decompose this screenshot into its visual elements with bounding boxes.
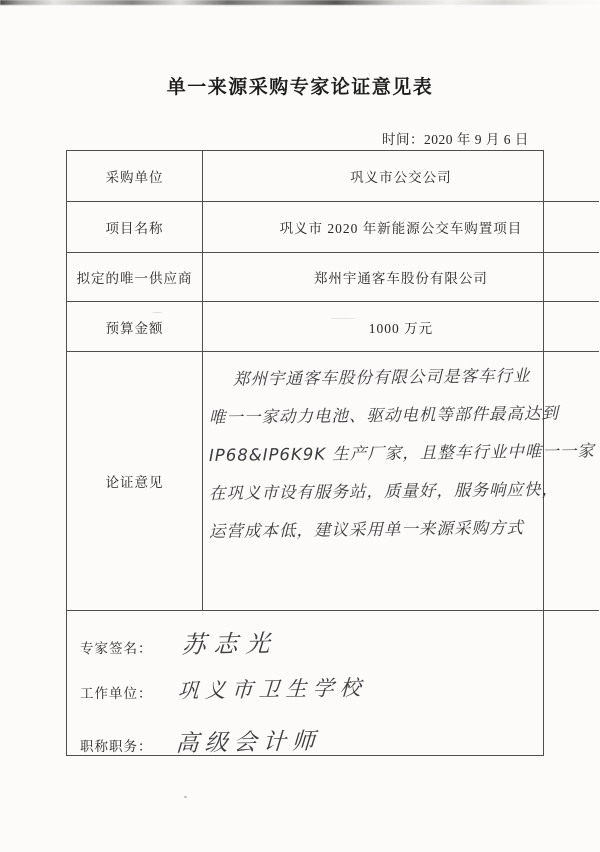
scan-speck <box>184 796 187 798</box>
row-value-project-name: 巩义市 2020 年新能源公交车购置项目 <box>202 201 599 252</box>
scan-speck <box>152 312 162 313</box>
scan-speck <box>330 318 356 319</box>
expert-signature-handwriting: 苏志光 <box>181 623 279 660</box>
row-label-sole-supplier: 拟定的唯一供应商 <box>67 252 202 301</box>
opinion-form-table: 采购单位 巩义市公交公司 项目名称 巩义市 2020 年新能源公交车购置项目 拟… <box>66 150 544 756</box>
expert-signature-label: 专家签名： <box>80 637 153 657</box>
work-unit-handwriting: 巩义市卫生学校 <box>177 672 368 705</box>
row-value-expert-opinion: 郑州宇通客车股份有限公司是客车行业 唯一一家动力电池、驱动电机等部件最高达到 I… <box>202 351 599 610</box>
job-title-handwriting: 高级会计师 <box>175 722 322 758</box>
job-title-label: 职称职务： <box>80 735 153 755</box>
row-label-purchasing-unit: 采购单位 <box>67 151 202 201</box>
expert-signature-row: 专家签名： 苏志光 <box>80 625 277 660</box>
row-value-sole-supplier: 郑州宇通客车股份有限公司 <box>202 252 599 301</box>
opinion-handwriting-line: 运营成本低，建议采用单一来源采购方式 <box>209 508 595 551</box>
row-label-expert-opinion: 论证意见 <box>67 351 202 610</box>
signature-block: 专家签名： 苏志光 工作单位： 巩义市卫生学校 职称职务： 高级会计师 <box>67 610 599 755</box>
opinion-handwriting-line: 在巩义市设有服务站，质量好，服务响应快， <box>209 470 595 513</box>
page-title: 单一来源采购专家论证意见表 <box>0 72 600 99</box>
time-line: 时间：2020 年 9 月 6 日 <box>382 128 529 148</box>
opinion-handwriting-line: 唯一一家动力电池、驱动电机等部件最高达到 <box>209 394 595 437</box>
work-unit-row: 工作单位： 巩义市卫生学校 <box>80 675 366 705</box>
opinion-handwriting-line: IP68&IP6K9K 生产厂家，且整车行业中唯一一家 <box>209 432 595 475</box>
row-value-budget-amount: 1000 万元 <box>202 301 599 351</box>
row-label-budget-amount: 预算金额 <box>67 301 202 351</box>
scan-edge-artifact <box>0 0 600 5</box>
job-title-row: 职称职务： 高级会计师 <box>80 725 320 758</box>
row-label-project-name: 项目名称 <box>67 201 202 252</box>
row-value-purchasing-unit: 巩义市公交公司 <box>202 151 599 201</box>
opinion-handwriting-line: 郑州宇通客车股份有限公司是客车行业 <box>209 356 595 399</box>
work-unit-label: 工作单位： <box>80 682 153 702</box>
